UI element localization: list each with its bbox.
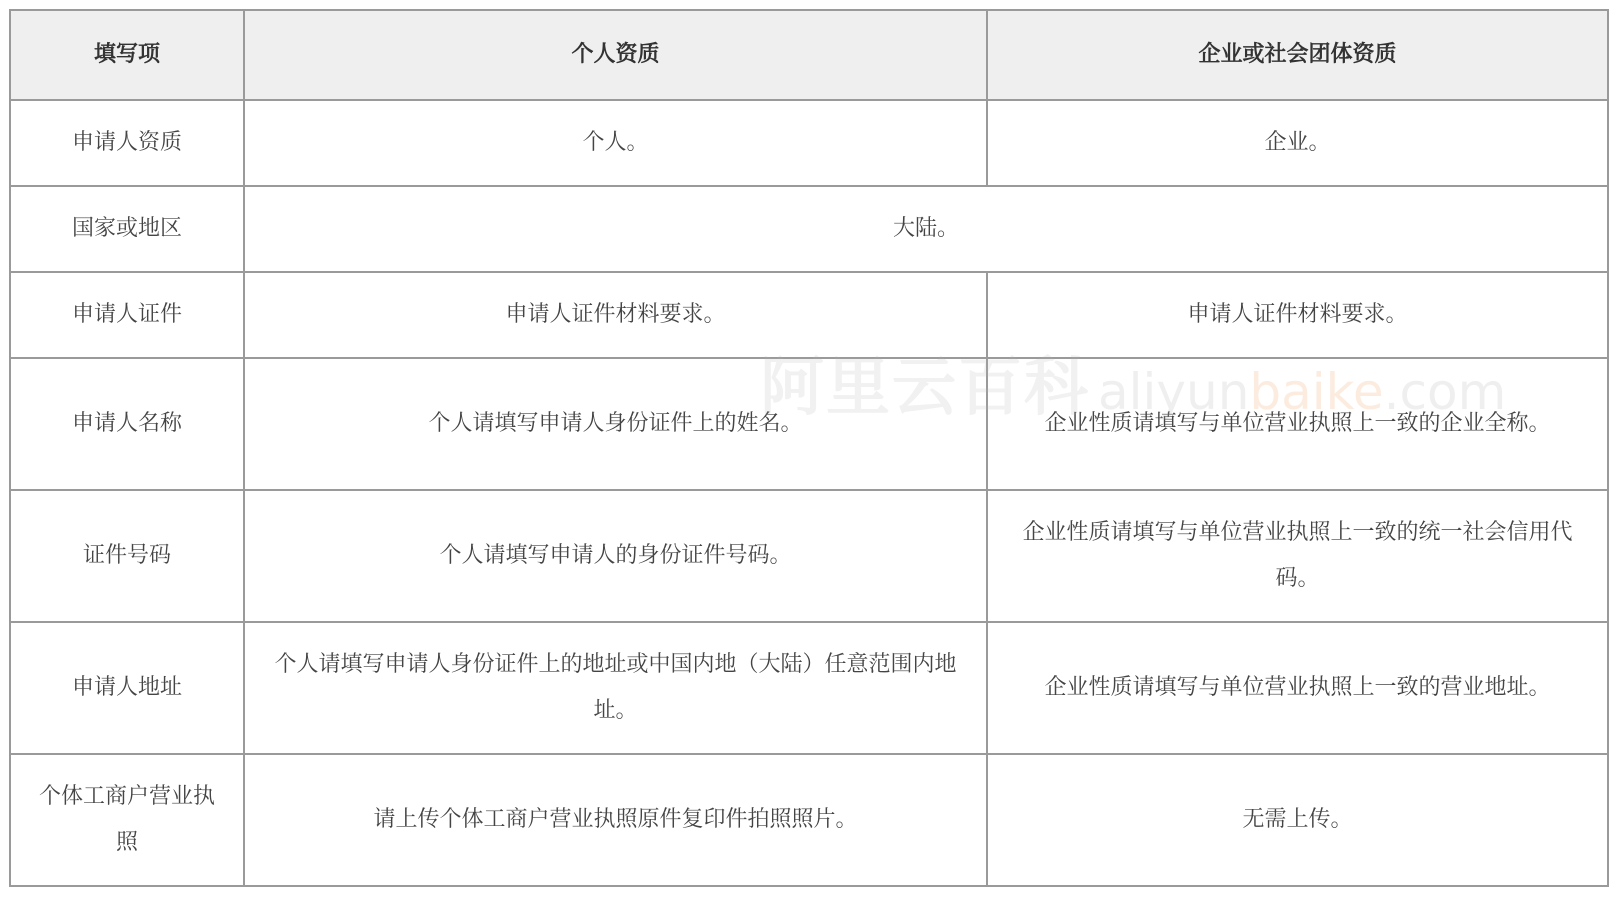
cell-personal: 申请人证件材料要求。 [244, 272, 987, 358]
header-item: 填写项 [10, 10, 244, 100]
cell-enterprise: 无需上传。 [987, 754, 1608, 886]
cell-personal: 个人请填写申请人身份证件上的姓名。 [244, 358, 987, 490]
qualification-table: 填写项 个人资质 企业或社会团体资质 申请人资质 个人。 企业。 国家或地区 大… [9, 9, 1609, 887]
cell-enterprise: 企业性质请填写与单位营业执照上一致的统一社会信用代码。 [987, 490, 1608, 622]
table-row: 个体工商户营业执照 请上传个体工商户营业执照原件复印件拍照照片。 无需上传。 [10, 754, 1608, 886]
cell-merged: 大陆。 [244, 186, 1608, 272]
row-label: 申请人资质 [10, 100, 244, 186]
row-label: 证件号码 [10, 490, 244, 622]
table-row: 证件号码 个人请填写申请人的身份证件号码。 企业性质请填写与单位营业执照上一致的… [10, 490, 1608, 622]
cell-enterprise: 企业。 [987, 100, 1608, 186]
header-personal: 个人资质 [244, 10, 987, 100]
row-label: 国家或地区 [10, 186, 244, 272]
table-row: 国家或地区 大陆。 [10, 186, 1608, 272]
cell-enterprise: 申请人证件材料要求。 [987, 272, 1608, 358]
header-enterprise: 企业或社会团体资质 [987, 10, 1608, 100]
cell-enterprise: 企业性质请填写与单位营业执照上一致的企业全称。 [987, 358, 1608, 490]
cell-enterprise: 企业性质请填写与单位营业执照上一致的营业地址。 [987, 622, 1608, 754]
cell-personal: 个人请填写申请人身份证件上的地址或中国内地（大陆）任意范围内地址。 [244, 622, 987, 754]
cell-personal: 个人。 [244, 100, 987, 186]
table-row: 申请人名称 个人请填写申请人身份证件上的姓名。 企业性质请填写与单位营业执照上一… [10, 358, 1608, 490]
row-label: 申请人证件 [10, 272, 244, 358]
table-row: 申请人资质 个人。 企业。 [10, 100, 1608, 186]
row-label: 申请人名称 [10, 358, 244, 490]
table-header-row: 填写项 个人资质 企业或社会团体资质 [10, 10, 1608, 100]
row-label: 个体工商户营业执照 [10, 754, 244, 886]
row-label: 申请人地址 [10, 622, 244, 754]
table-row: 申请人地址 个人请填写申请人身份证件上的地址或中国内地（大陆）任意范围内地址。 … [10, 622, 1608, 754]
cell-personal: 个人请填写申请人的身份证件号码。 [244, 490, 987, 622]
table-row: 申请人证件 申请人证件材料要求。 申请人证件材料要求。 [10, 272, 1608, 358]
cell-personal: 请上传个体工商户营业执照原件复印件拍照照片。 [244, 754, 987, 886]
